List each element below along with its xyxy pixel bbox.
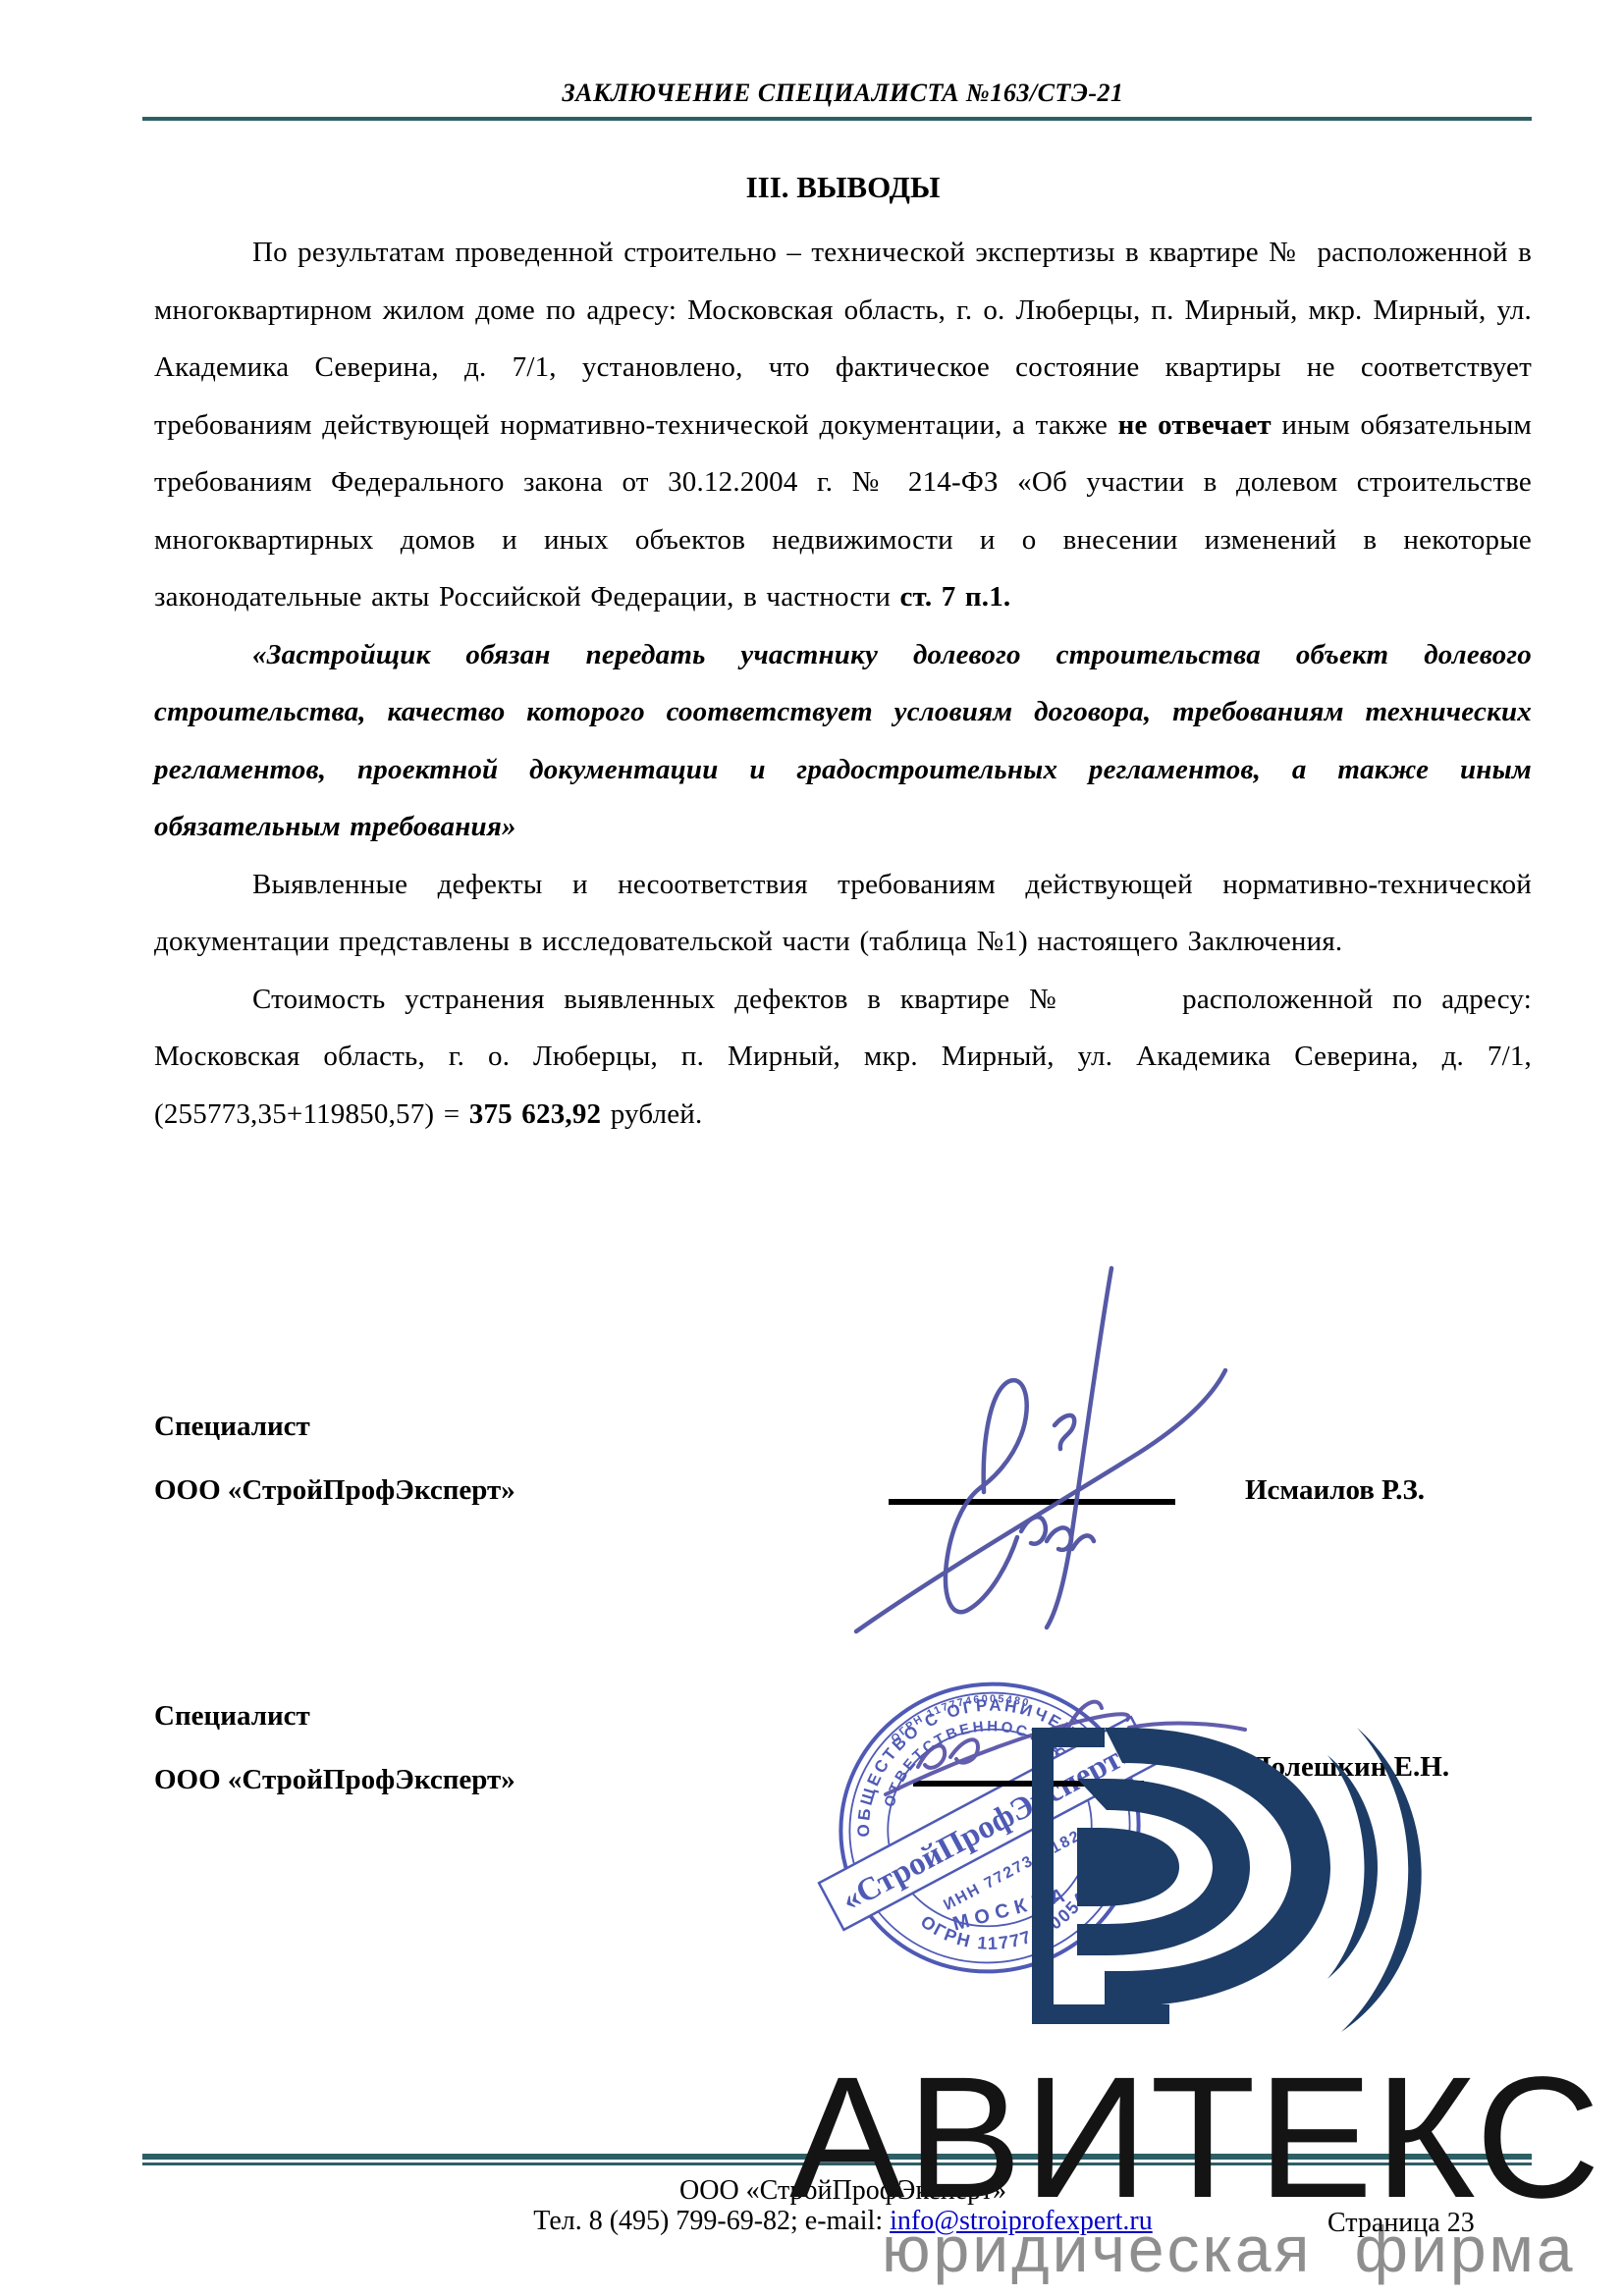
- signature2-line: [913, 1781, 1144, 1787]
- footer-email-link[interactable]: info@stroiprofexpert.ru: [890, 2206, 1153, 2236]
- page-header-title: ЗАКЛЮЧЕНИЕ СПЕЦИАЛИСТА №163/СТЭ-21: [154, 79, 1532, 108]
- signature2-org: ООО «СтройПрофЭксперт»: [154, 1764, 515, 1796]
- stamp-orgform-line2: ОТВЕТСТВЕННОСТЬЮ: [866, 1696, 1074, 1812]
- signature2-ink: [886, 1702, 1245, 1794]
- footer-phone: Тел. 8 (495) 799-69-82; e-mail:: [533, 2206, 890, 2236]
- signature2-role: Специалист: [154, 1700, 310, 1733]
- signature1-ink: [856, 1268, 1225, 1631]
- header-rule: [142, 117, 1532, 121]
- stamp-ogrn-bottom-text: ОГРН 1177746005480: [914, 1866, 1115, 1974]
- signature1-line: [889, 1499, 1175, 1505]
- watermark-brand: АВИТЕКС: [789, 2052, 1602, 2224]
- signature1-org: ООО «СтройПрофЭксперт»: [154, 1474, 515, 1507]
- findings-bold-ne-otvechaet: не отвечает: [1118, 409, 1272, 441]
- footer-contacts: Тел. 8 (495) 799-69-82; e-mail: info@str…: [154, 2206, 1532, 2237]
- law-quote-text: «Застройщик обязан передать участнику до…: [154, 639, 1532, 843]
- cost-total-bold: 375 623,92: [469, 1098, 602, 1130]
- cost-text-1: Стоимость устранения выявленных дефектов…: [154, 984, 1532, 1130]
- signature1-role: Специалист: [154, 1411, 310, 1443]
- stamp-orgform-line1: ОБЩЕСТВО С ОГРАНИЧЕННОЙ: [827, 1666, 1112, 1842]
- stamp-company-name: «СтройПрофЭксперт»: [836, 1734, 1141, 1918]
- signature1-name: Исмаилов Р.З.: [1245, 1474, 1425, 1507]
- paragraph-findings: По результатам проведенной строительно –…: [154, 224, 1532, 626]
- document-body: По результатам проведенной строительно –…: [154, 224, 1532, 1143]
- section-title: III. ВЫВОДЫ: [154, 170, 1532, 205]
- stamp-inn: ИНН 7727308182: [941, 1828, 1084, 1914]
- company-stamp: ОГРН 1177746005480 ОБЩЕСТВО С ОГРАНИЧЕНН…: [780, 1641, 1206, 2012]
- stamp-city: МОСКВА: [950, 1884, 1072, 1936]
- paragraph-cost: Стоимость устранения выявленных дефектов…: [154, 971, 1532, 1144]
- stamp-ogrn-outer-text: ОГРН 1177746005480: [884, 1680, 1034, 1747]
- stamp-banner: «СтройПрофЭксперт» ИНН 7727308182: [819, 1717, 1172, 1960]
- findings-bold-article: ст. 7 п.1.: [899, 581, 1010, 613]
- paragraph-defects: Выявленные дефекты и несоответствия треб…: [154, 856, 1532, 971]
- paragraph-law-quote: «Застройщик обязан передать участнику до…: [154, 626, 1532, 856]
- cost-text-2: рублей.: [601, 1098, 702, 1130]
- signature2-name: Полешкин Е.Н.: [1249, 1751, 1449, 1784]
- footer-page-number: Страница 23: [1327, 2208, 1475, 2239]
- document-page: ЗАКЛЮЧЕНИЕ СПЕЦИАЛИСТА №163/СТЭ-21 III. …: [0, 0, 1624, 2296]
